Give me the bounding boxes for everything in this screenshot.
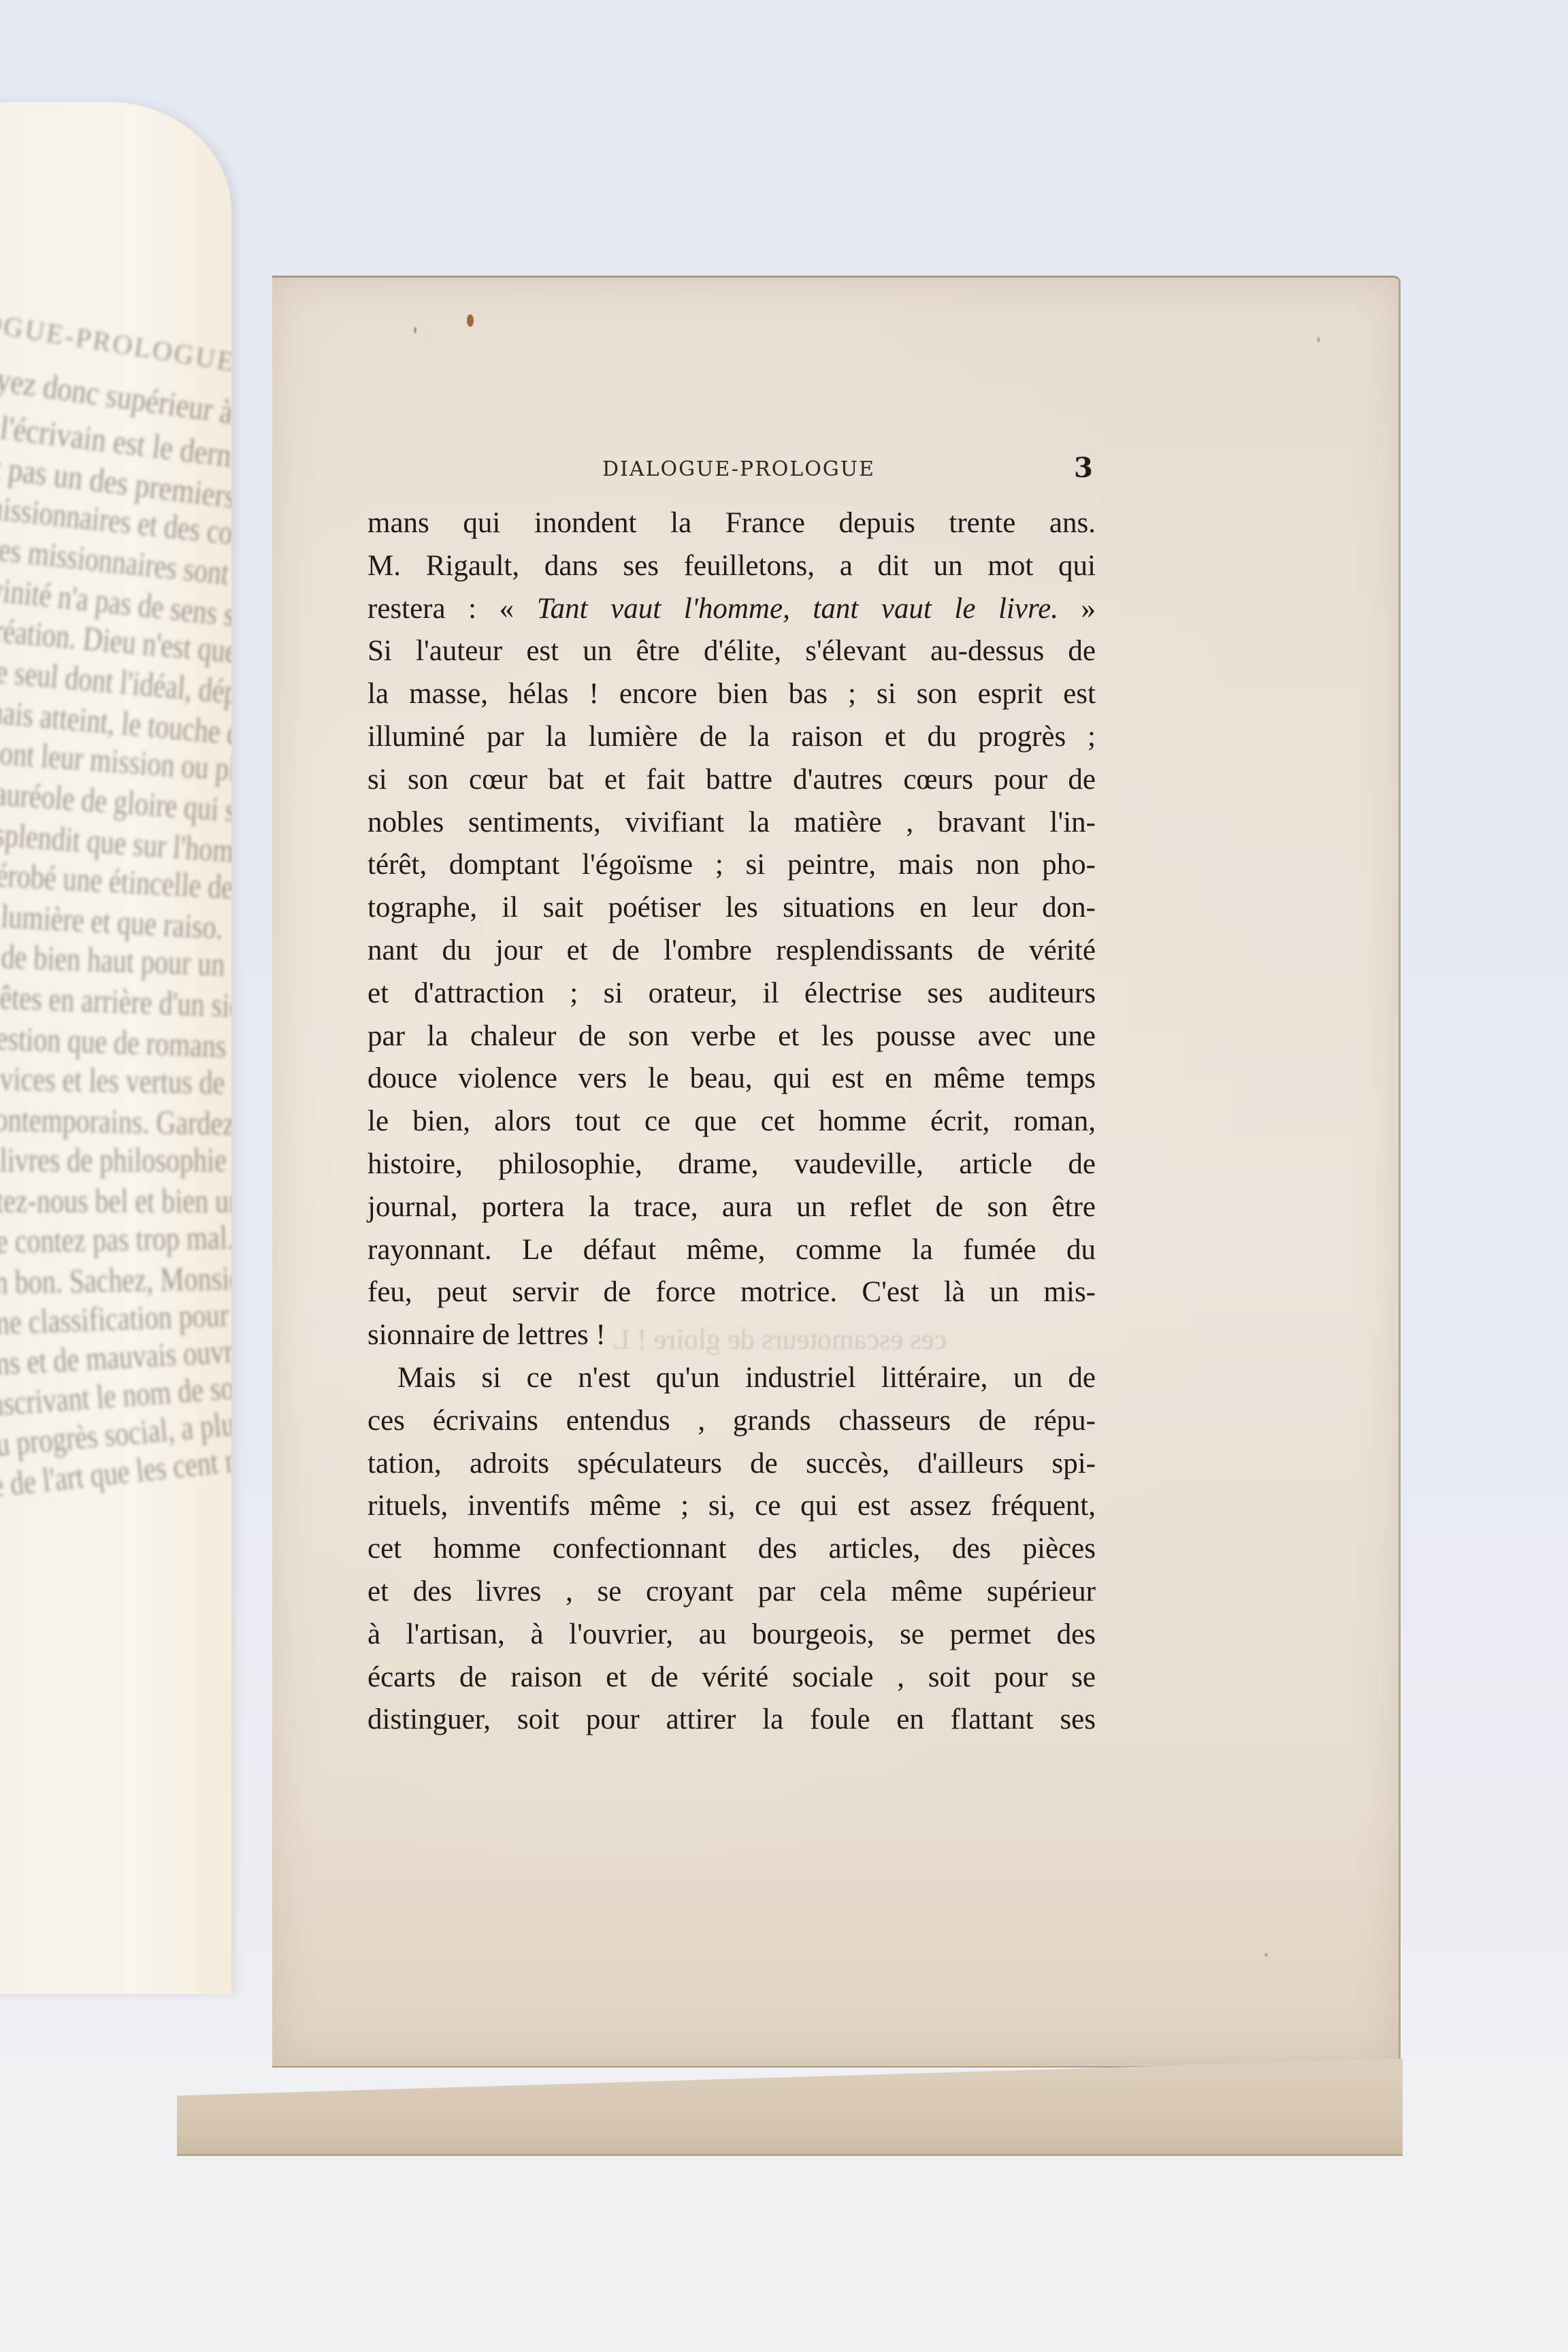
text-line: et d'attraction ; si orateur, il électri… xyxy=(367,973,1096,1015)
quote-prefix: restera : « xyxy=(367,593,537,625)
text-line: mans qui inondent la France depuis trent… xyxy=(367,502,1096,545)
foxing-spot xyxy=(414,327,416,333)
left-line: z de bien haut pour un ro xyxy=(0,936,231,985)
text-line: distinguer, soit pour attirer la foule e… xyxy=(367,1699,1096,1742)
text-line: histoire, philosophie, drame, vaudeville… xyxy=(367,1143,1096,1186)
text-line: nobles sentiments, vivifiant la matière … xyxy=(367,802,1096,845)
text-line: rituels, inventifs même ; si, ce qui est… xyxy=(367,1485,1096,1528)
left-page: OGUE-PROLOGUE oyez donc supérieur à vo s… xyxy=(0,102,231,1994)
text-line: térêt, domptant l'égoïsme ; si peintre, … xyxy=(367,844,1096,887)
text-line: à l'artisan, à l'ouvrier, au bourgeois, … xyxy=(367,1614,1096,1656)
left-line: contemporains. Gardez ces m xyxy=(0,1099,231,1144)
left-line: s livres de philosophie que xyxy=(0,1140,231,1179)
text-line: tographe, il sait poétiser les situation… xyxy=(367,887,1096,930)
text-line: Si l'auteur est un être d'élite, s'éleva… xyxy=(367,630,1096,673)
text-line: feu, peut servir de force motrice. C'est… xyxy=(367,1271,1096,1314)
text-line: Mais si ce n'est qu'un industriel littér… xyxy=(367,1357,1096,1400)
text-line: rayonnant. Le défaut même, comme la fumé… xyxy=(367,1229,1096,1272)
left-line: s vices et les vertus de Mess xyxy=(0,1058,231,1103)
text-line: M. Rigault, dans ses feuilletons, a dit … xyxy=(367,545,1096,588)
text-line: nant du jour et de l'ombre resplendissan… xyxy=(367,930,1096,973)
page-body-text: mans qui inondent la France depuis trent… xyxy=(367,502,1096,1742)
quote-italic: Tant vaut l'homme, tant vaut le livre. xyxy=(537,593,1058,625)
text-line: sionnaire de lettres ! xyxy=(367,1314,1096,1357)
foxing-spot xyxy=(467,314,474,327)
text-line: ces écrivains entendus , grands chasseur… xyxy=(367,1400,1096,1443)
page-number: 3 xyxy=(1074,452,1093,484)
left-line: ntez-nous bel et bien une xyxy=(0,1181,231,1220)
left-line: ne contez pas trop mal. xyxy=(0,1218,231,1261)
text-line: par la chaleur de son verbe et les pouss… xyxy=(367,1015,1096,1058)
text-line-quote: restera : « Tant vaut l'homme, tant vaut… xyxy=(367,588,1096,631)
text-line: illuminé par la lumière de la raison et … xyxy=(367,716,1096,759)
text-line: et des livres , se croyant par cela même… xyxy=(367,1571,1096,1614)
text-line: si son cœur bat et fait battre d'autres … xyxy=(367,759,1096,802)
text-line: la masse, hélas ! encore bien bas ; si s… xyxy=(367,673,1096,716)
page-bottom-edge xyxy=(272,2066,1399,2068)
text-line: le bien, alors tout ce que cet homme écr… xyxy=(367,1100,1096,1143)
text-line: écarts de raison et de vérité sociale , … xyxy=(367,1656,1096,1699)
text-line: cet homme confectionnant des articles, d… xyxy=(367,1528,1096,1571)
quote-suffix: » xyxy=(1058,593,1096,625)
foxing-spot xyxy=(1264,1953,1268,1957)
running-head: DIALOGUE-PROLOGUE xyxy=(602,457,875,481)
book-photo: OGUE-PROLOGUE oyez donc supérieur à vo s… xyxy=(0,0,1568,2352)
text-line: douce violence vers le beau, qui est en … xyxy=(367,1058,1096,1100)
text-line: journal, portera la trace, aura un refle… xyxy=(367,1186,1096,1229)
foxing-spot xyxy=(1317,337,1320,342)
text-line: tation, adroits spéculateurs de succès, … xyxy=(367,1443,1096,1486)
